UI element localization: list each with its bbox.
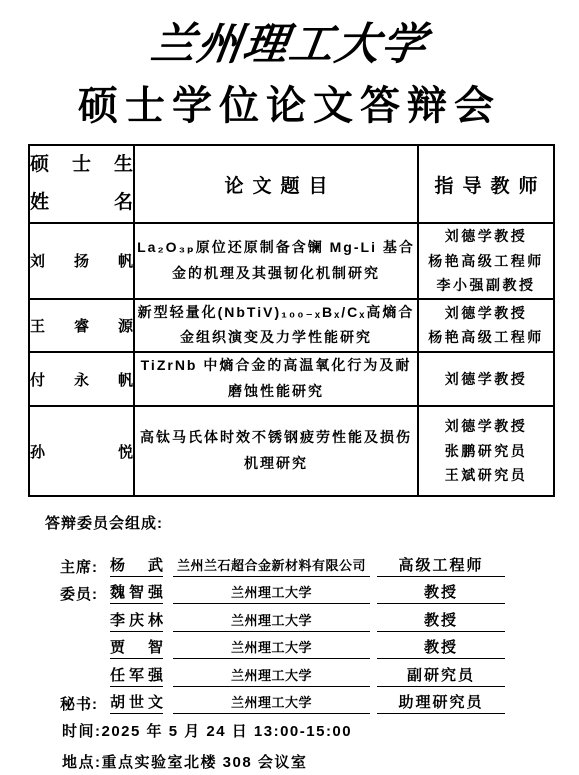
- member-name: 李庆林: [110, 609, 163, 632]
- student-name: 刘扬帆: [29, 223, 134, 299]
- defense-location: 地点:重点实验室北楼 308 会议室: [62, 751, 579, 772]
- committee-heading: 答辩委员会组成:: [45, 512, 579, 533]
- student-name: 王睿源: [29, 299, 134, 353]
- member-affiliation: 兰州理工大学: [173, 692, 370, 714]
- table-row: 刘扬帆 La₂O₃ₚ原位还原制备含镧 Mg-Li 基合金的机理及其强韧化机制研究…: [29, 223, 554, 299]
- member-title: 教授: [377, 581, 505, 604]
- defense-table: 硕士生 姓名 论文题目 指导教师 刘扬帆 La₂O₃ₚ原位还原制备含镧 Mg-L…: [28, 144, 555, 497]
- advisor-list: 刘德学教授: [418, 352, 554, 406]
- member-title: 教授: [377, 609, 505, 632]
- committee-row-member: 任军强 兰州理工大学 副研究员: [60, 659, 579, 687]
- member-name: 杨武: [110, 554, 163, 577]
- committee-row-secretary: 秘书: 胡世文 兰州理工大学 助理研究员: [60, 687, 579, 715]
- member-role: 主席:: [60, 556, 110, 577]
- student-name: 孙悦: [29, 406, 134, 496]
- table-header-row: 硕士生 姓名 论文题目 指导教师: [29, 145, 554, 223]
- thesis-title: La₂O₃ₚ原位还原制备含镧 Mg-Li 基合金的机理及其强韧化机制研究: [134, 223, 418, 299]
- table-row: 付永帆 TiZrNb 中熵合金的高温氧化行为及耐磨蚀性能研究 刘德学教授: [29, 352, 554, 406]
- member-role: 秘书:: [60, 693, 110, 714]
- defense-announcement-page: 兰州理工大学 硕士学位论文答辩会 硕士生 姓名 论文题目 指导教师 刘扬帆 La…: [0, 0, 579, 775]
- table-row: 王睿源 新型轻量化(NbTiV)₁₀₀₋ₓBₓ/Cₓ高熵合金组织演变及力学性能研…: [29, 299, 554, 353]
- committee-row-member: 贾智 兰州理工大学 教授: [60, 632, 579, 660]
- member-affiliation: 兰州理工大学: [173, 582, 370, 604]
- committee-row-chair: 主席: 杨武 兰州兰石超合金新材料有限公司 高级工程师: [60, 549, 579, 577]
- advisor-list: 刘德学教授 杨艳高级工程师 李小强副教授: [418, 223, 554, 299]
- table-row: 孙悦 高钛马氏体时效不锈钢疲劳性能及损伤机理研究 刘德学教授 张鹏研究员 王斌研…: [29, 406, 554, 496]
- defense-time: 时间:2025 年 5 月 24 日 13:00-15:00: [62, 720, 579, 741]
- advisor-list: 刘德学教授 张鹏研究员 王斌研究员: [418, 406, 554, 496]
- header-advisor: 指导教师: [418, 145, 554, 223]
- member-title: 副研究员: [377, 664, 505, 687]
- header-student-name: 硕士生 姓名: [29, 145, 134, 223]
- member-name: 任军强: [110, 664, 163, 687]
- member-affiliation: 兰州理工大学: [173, 665, 370, 687]
- thesis-title: TiZrNb 中熵合金的高温氧化行为及耐磨蚀性能研究: [134, 352, 418, 406]
- member-name: 贾智: [110, 636, 163, 659]
- committee-row-member: 委员: 魏智强 兰州理工大学 教授: [60, 577, 579, 605]
- university-calligraphy-logo: 兰州理工大学: [147, 8, 432, 72]
- member-affiliation: 兰州兰石超合金新材料有限公司: [173, 555, 370, 577]
- member-affiliation: 兰州理工大学: [173, 610, 370, 632]
- student-name: 付永帆: [29, 352, 134, 406]
- member-title: 教授: [377, 636, 505, 659]
- member-name: 胡世文: [110, 691, 163, 714]
- member-title: 高级工程师: [377, 554, 505, 577]
- member-role: 委员:: [60, 583, 110, 604]
- member-name: 魏智强: [110, 581, 163, 604]
- member-title: 助理研究员: [377, 691, 505, 714]
- member-affiliation: 兰州理工大学: [173, 637, 370, 659]
- committee-row-member: 李庆林 兰州理工大学 教授: [60, 604, 579, 632]
- thesis-title: 新型轻量化(NbTiV)₁₀₀₋ₓBₓ/Cₓ高熵合金组织演变及力学性能研究: [134, 299, 418, 353]
- university-logo-wrap: 兰州理工大学: [0, 0, 579, 70]
- page-title: 硕士学位论文答辩会: [0, 74, 579, 131]
- thesis-title: 高钛马氏体时效不锈钢疲劳性能及损伤机理研究: [134, 406, 418, 496]
- header-thesis-title: 论文题目: [134, 145, 418, 223]
- committee-list: 主席: 杨武 兰州兰石超合金新材料有限公司 高级工程师 委员: 魏智强 兰州理工…: [60, 549, 579, 714]
- advisor-list: 刘德学教授 杨艳高级工程师: [418, 299, 554, 353]
- footer: 时间:2025 年 5 月 24 日 13:00-15:00 地点:重点实验室北…: [62, 720, 579, 772]
